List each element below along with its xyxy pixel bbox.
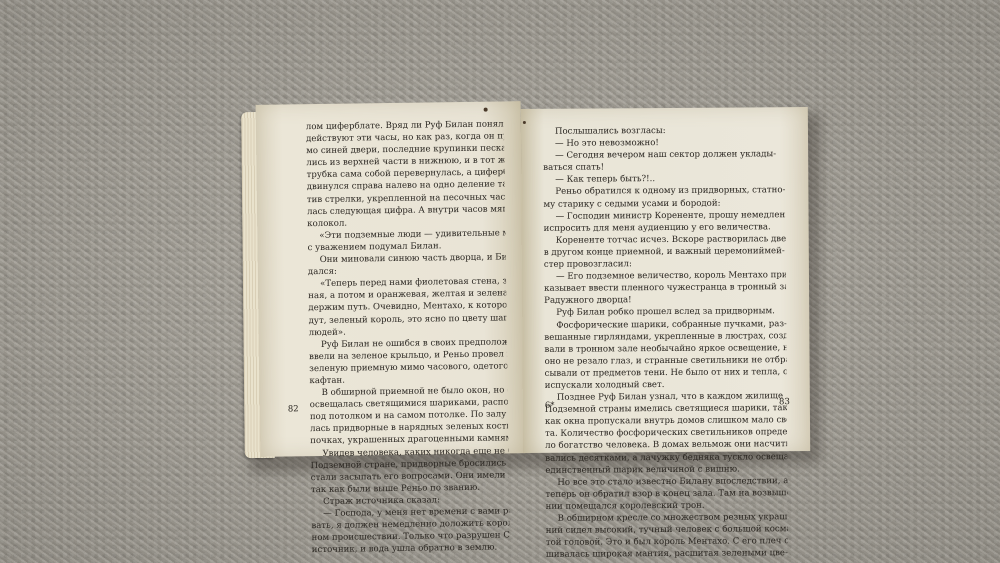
- text-line: в другом конце приемной, и важный церемо…: [544, 245, 786, 259]
- right-page-text: Послышались возгласы:— Но это невозможно…: [543, 124, 788, 561]
- text-line: шивалась широкая мантия, расшитая зелены…: [546, 547, 788, 561]
- text-line: Руф Билан робко прошел вслед за придворн…: [544, 306, 786, 320]
- text-line: Реньо обратился к одному из придворных, …: [543, 185, 785, 199]
- text-line: ло богатство человека. В домах вельмож о…: [545, 439, 787, 453]
- open-book: лом циферблате. Вряд ли Руф Билан понял …: [0, 0, 1000, 563]
- left-page-number: 82: [288, 404, 299, 414]
- left-page: лом циферблате. Вряд ли Руф Билан понял …: [256, 101, 526, 457]
- left-page-text: лом циферблате. Вряд ли Руф Билан понял …: [306, 118, 510, 556]
- text-line: казывает ввести пленного чужестранца в т…: [544, 281, 786, 295]
- right-page: Послышались возгласы:— Но это невозможно…: [521, 107, 810, 453]
- paper-spot: [523, 121, 526, 124]
- text-line: Фосфорические шарики, собранные пучками,…: [544, 318, 786, 332]
- text-line: сывали от предметов тени. Не было от них…: [545, 366, 787, 380]
- text-line: теперь он обратил взор в конец зала. Там…: [545, 487, 787, 501]
- text-line: — Сегодня вечером наш сектор должен укла…: [543, 148, 785, 162]
- text-line: вались десятками, а лачужку бедняка туск…: [545, 451, 787, 465]
- text-line: источник, и вода ушла обратно в землю.: [312, 542, 510, 557]
- signature-mark: 6*: [545, 401, 555, 411]
- paper-spot: [484, 108, 488, 112]
- right-page-number: 83: [779, 397, 790, 407]
